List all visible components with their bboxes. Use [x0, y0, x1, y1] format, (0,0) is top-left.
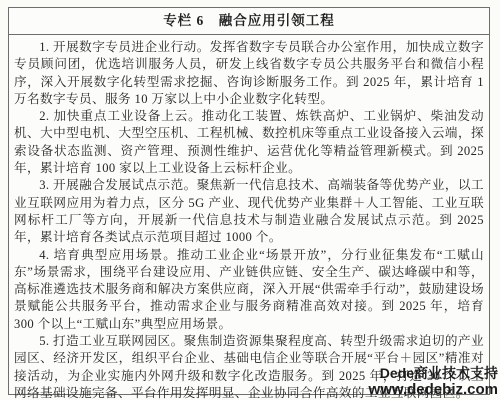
- watermark-brand-text: Dede商业技术支持: [369, 365, 498, 381]
- paragraph-1: 1. 开展数字专员进企业行动。发挥省数字专员联合办公室作用，加快成立数字专员顾问…: [14, 39, 484, 108]
- paragraph-2: 2. 加快重点工业设备上云。推动化工装置、炼铁高炉、工业锅炉、柴油发动机、大中型…: [14, 108, 484, 177]
- column-title: 专栏 6 融合应用引领工程: [9, 8, 489, 35]
- column-body: 1. 开展数字专员进企业行动。发挥省数字专员联合办公室作用，加快成立数字专员顾问…: [9, 35, 489, 400]
- document-page: 专栏 6 融合应用引领工程 1. 开展数字专员进企业行动。发挥省数字专员联合办公…: [0, 0, 500, 400]
- paragraph-3: 3. 开展融合发展试点示范。聚焦新一代信息技术、高端装备等优势产业，以工业互联网…: [14, 177, 484, 246]
- watermark-url-text: www.dedebiz.com: [369, 381, 498, 398]
- column-box: 专栏 6 融合应用引领工程 1. 开展数字专员进企业行动。发挥省数字专员联合办公…: [8, 7, 490, 395]
- watermark: Dede商业技术支持 www.dedebiz.com: [369, 365, 498, 398]
- paragraph-4: 4. 培育典型应用场景。推动工业企业“场景开放”，分行业征集发布“工赋山东”场景…: [14, 247, 484, 333]
